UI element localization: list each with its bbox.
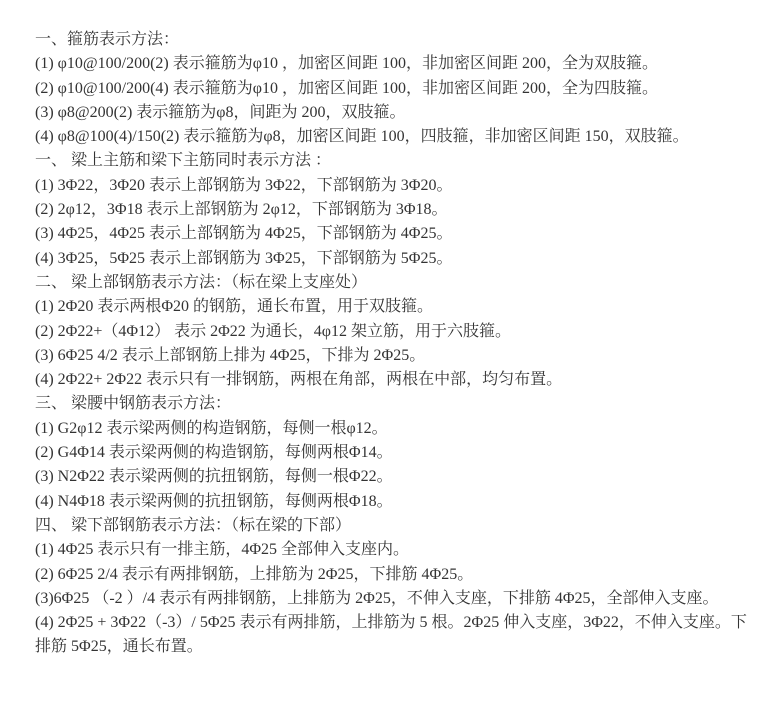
- section-top-bottom-main-bars: 一、 梁上主筋和梁下主筋同时表示方法 ： (1) 3Φ22，3Φ20 表示上部钢…: [35, 149, 748, 270]
- section-item: (1) φ10@100/200(2) 表示箍筋为φ10 ，加密区间距 100，非…: [35, 52, 748, 76]
- section-heading: 二、 梁上部钢筋表示方法：（标在梁上支座处）: [35, 271, 748, 295]
- section-item: (4) φ8@100(4)/150(2) 表示箍筋为φ8，加密区间距 100，四…: [35, 125, 748, 149]
- section-heading: 四、 梁下部钢筋表示方法：（标在梁的下部）: [35, 514, 748, 538]
- section-item: (2) φ10@100/200(4) 表示箍筋为φ10 ，加密区间距 100，非…: [35, 77, 748, 101]
- section-item: (2) 6Φ25 2/4 表示有两排钢筋，上排筋为 2Φ25，下排筋 4Φ25。: [35, 563, 748, 587]
- section-item: (1) G2φ12 表示梁两侧的构造钢筋，每侧一根φ12。: [35, 417, 748, 441]
- section-item: (3) N2Φ22 表示梁两侧的抗扭钢筋，每侧一根Φ22。: [35, 465, 748, 489]
- section-item: (3) 6Φ25 4/2 表示上部钢筋上排为 4Φ25，下排为 2Φ25。: [35, 344, 748, 368]
- section-item: (2) 2Φ22+（4Φ12） 表示 2Φ22 为通长，4φ12 架立筋，用于六…: [35, 320, 748, 344]
- section-item: (1) 2Φ20 表示两根Φ20 的钢筋，通长布置，用于双肢箍。: [35, 295, 748, 319]
- section-item: (1) 4Φ25 表示只有一排主筋，4Φ25 全部伸入支座内。: [35, 538, 748, 562]
- section-item: (1) 3Φ22，3Φ20 表示上部钢筋为 3Φ22，下部钢筋为 3Φ20。: [35, 174, 748, 198]
- section-heading: 三、 梁腰中钢筋表示方法：: [35, 392, 748, 416]
- section-item: (4) 3Φ25，5Φ25 表示上部钢筋为 3Φ25，下部钢筋为 5Φ25。: [35, 247, 748, 271]
- section-heading: 一、箍筋表示方法：: [35, 28, 748, 52]
- section-stirrup-notation: 一、箍筋表示方法： (1) φ10@100/200(2) 表示箍筋为φ10 ，加…: [35, 28, 748, 149]
- section-item: (3)6Φ25 （-2 ）/4 表示有两排钢筋，上排筋为 2Φ25，不伸入支座，…: [35, 587, 748, 611]
- section-beam-top-bars: 二、 梁上部钢筋表示方法：（标在梁上支座处） (1) 2Φ20 表示两根Φ20 …: [35, 271, 748, 392]
- section-item: (3) 4Φ25，4Φ25 表示上部钢筋为 4Φ25，下部钢筋为 4Φ25。: [35, 222, 748, 246]
- section-beam-bottom-bars: 四、 梁下部钢筋表示方法：（标在梁的下部） (1) 4Φ25 表示只有一排主筋，…: [35, 514, 748, 660]
- section-item: (3) φ8@200(2) 表示箍筋为φ8，间距为 200，双肢箍。: [35, 101, 748, 125]
- section-item: (4) 2Φ25 + 3Φ22（-3）/ 5Φ25 表示有两排筋，上排筋为 5 …: [35, 611, 748, 660]
- section-item: (4) 2Φ22+ 2Φ22 表示只有一排钢筋，两根在角部，两根在中部，均匀布置…: [35, 368, 748, 392]
- section-beam-waist-bars: 三、 梁腰中钢筋表示方法： (1) G2φ12 表示梁两侧的构造钢筋，每侧一根φ…: [35, 392, 748, 513]
- section-item: (2) G4Φ14 表示梁两侧的构造钢筋，每侧两根Φ14。: [35, 441, 748, 465]
- section-item: (4) N4Φ18 表示梁两侧的抗扭钢筋，每侧两根Φ18。: [35, 490, 748, 514]
- section-heading: 一、 梁上主筋和梁下主筋同时表示方法 ：: [35, 149, 748, 173]
- document-page: 一、箍筋表示方法： (1) φ10@100/200(2) 表示箍筋为φ10 ，加…: [0, 0, 780, 708]
- section-item: (2) 2φ12，3Φ18 表示上部钢筋为 2φ12，下部钢筋为 3Φ18。: [35, 198, 748, 222]
